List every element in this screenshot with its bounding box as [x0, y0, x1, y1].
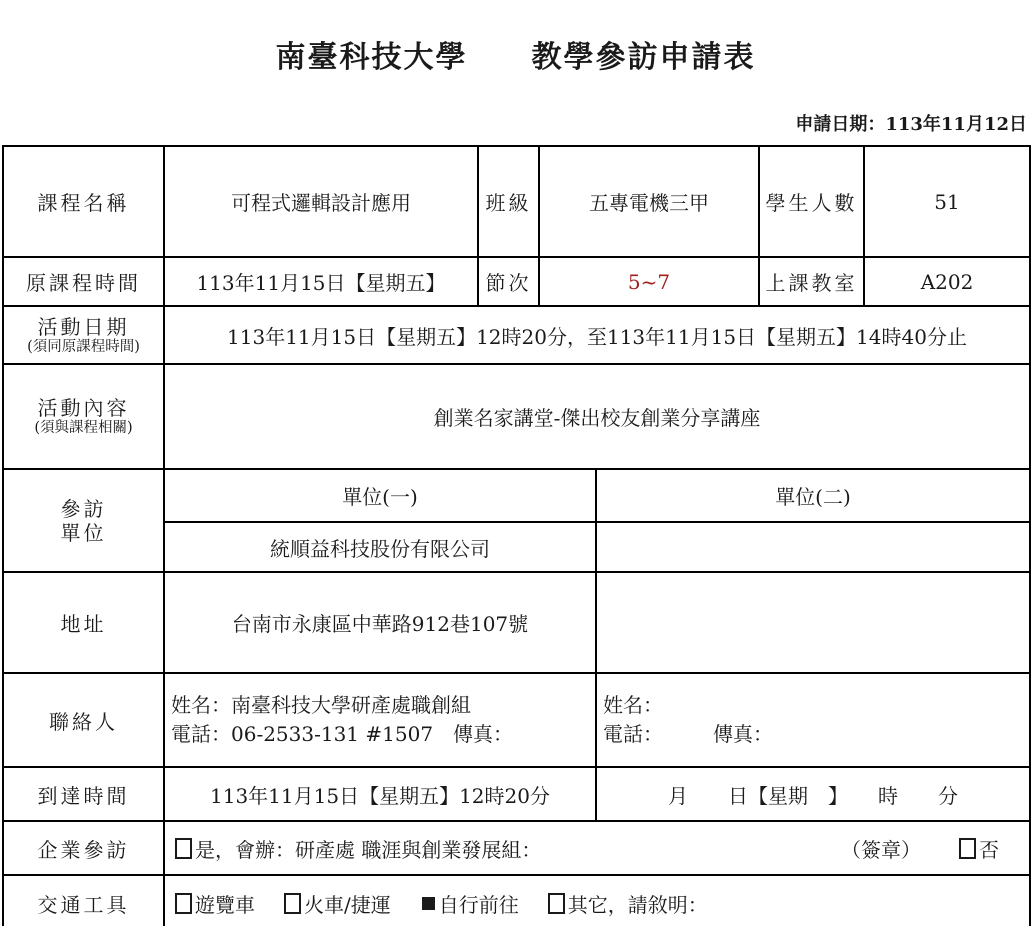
- contact-unit2-cell: 姓名： 電話： 傳真：: [596, 673, 1030, 767]
- transport-cell: 遊覽車 火車/捷運 自行前往 其它，請敘明：: [164, 875, 1030, 926]
- class-value: 五專電機三甲: [539, 146, 759, 257]
- course-name-label: 課程名稱: [3, 146, 164, 257]
- arrival-time-label: 到達時間: [3, 767, 164, 821]
- table-row: 課程名稱 可程式邏輯設計應用 班級 五專電機三甲 學生人數 51: [3, 146, 1030, 257]
- transport-other-checkbox[interactable]: [548, 893, 565, 914]
- activity-content-label-text: 活動內容: [6, 396, 161, 420]
- activity-date-label-text: 活動日期: [6, 315, 161, 339]
- table-row: 活動日期 (須同原課程時間) 113年11月15日【星期五】12時20分，至11…: [3, 306, 1030, 364]
- arrival-unit1-value: 113年11月15日【星期五】12時20分: [164, 767, 596, 821]
- arrival-unit2-value: 月 日【星期 】 時 分: [596, 767, 1030, 821]
- contact-label: 聯絡人: [3, 673, 164, 767]
- class-label: 班級: [478, 146, 539, 257]
- original-time-value: 113年11月15日【星期五】: [164, 257, 478, 306]
- transport-other-label: 其它，請敘明：: [568, 889, 708, 918]
- company-visit-cell: 是，會辦：研產處 職涯與創業發展組： （簽章） 否: [164, 821, 1030, 875]
- company-visit-yes-label: 是，會辦：研產處 職涯與創業發展組：: [195, 834, 541, 863]
- activity-content-note: (須與課程相關): [6, 420, 161, 437]
- visit-unit-label: 參訪 單位: [3, 469, 164, 572]
- table-row: 企業參訪 是，會辦：研產處 職涯與創業發展組： （簽章） 否: [3, 821, 1030, 875]
- classroom-label: 上課教室: [759, 257, 864, 306]
- activity-content-value: 創業名家講堂-傑出校友創業分享講座: [164, 364, 1030, 469]
- course-name-value: 可程式邏輯設計應用: [164, 146, 478, 257]
- company-visit-yes-checkbox[interactable]: [175, 838, 192, 859]
- company-visit-no-label: 否: [979, 834, 999, 863]
- table-row: 聯絡人 姓名：南臺科技大學研產處職創組 電話：06-2533-131 #1507…: [3, 673, 1030, 767]
- address-unit2-value: [596, 572, 1030, 673]
- application-form-table: 課程名稱 可程式邏輯設計應用 班級 五專電機三甲 學生人數 51 原課程時間 1…: [2, 145, 1031, 926]
- address-unit1-value: 台南市永康區中華路912巷107號: [164, 572, 596, 673]
- contact-unit1-phone: 電話：06-2533-131 #1507 傳真：: [171, 718, 513, 747]
- contact-unit2-name: 姓名：: [603, 689, 663, 718]
- transport-bus-label: 遊覽車: [195, 889, 255, 918]
- table-row: 交通工具 遊覽車 火車/捷運 自行前往 其它，請敘明：: [3, 875, 1030, 926]
- unit1-value: 統順益科技股份有限公司: [164, 522, 596, 572]
- table-row: 參訪 單位 單位(一) 單位(二): [3, 469, 1030, 522]
- contact-unit2-phone: 電話： 傳真：: [603, 718, 773, 747]
- activity-date-value: 113年11月15日【星期五】12時20分，至113年11月15日【星期五】14…: [164, 306, 1030, 364]
- transport-label: 交通工具: [3, 875, 164, 926]
- activity-date-note: (須同原課程時間): [6, 339, 161, 356]
- contact-unit1-name: 姓名：南臺科技大學研產處職創組: [171, 689, 471, 718]
- table-row: 原課程時間 113年11月15日【星期五】 節次 5~7 上課教室 A202: [3, 257, 1030, 306]
- page-title: 南臺科技大學 教學參訪申請表: [0, 32, 1031, 76]
- table-row: 活動內容 (須與課程相關) 創業名家講堂-傑出校友創業分享講座: [3, 364, 1030, 469]
- student-count-value: 51: [864, 146, 1030, 257]
- transport-bus-checkbox[interactable]: [175, 893, 192, 914]
- transport-self-checkbox[interactable]: [422, 897, 435, 910]
- unit1-header: 單位(一): [164, 469, 596, 522]
- classroom-value: A202: [864, 257, 1030, 306]
- visit-unit-label-line1: 參訪: [6, 497, 161, 521]
- unit2-value: [596, 522, 1030, 572]
- contact-unit1-cell: 姓名：南臺科技大學研產處職創組 電話：06-2533-131 #1507 傳真：: [164, 673, 596, 767]
- address-label: 地址: [3, 572, 164, 673]
- activity-date-label: 活動日期 (須同原課程時間): [3, 306, 164, 364]
- transport-train-label: 火車/捷運: [304, 889, 391, 918]
- application-date: 申請日期：113年11月12日: [0, 110, 1031, 136]
- student-count-label: 學生人數: [759, 146, 864, 257]
- company-visit-no-checkbox[interactable]: [959, 838, 976, 859]
- seal-label: （簽章）: [841, 834, 921, 863]
- activity-content-label: 活動內容 (須與課程相關): [3, 364, 164, 469]
- table-row: 地址 台南市永康區中華路912巷107號: [3, 572, 1030, 673]
- table-row: 到達時間 113年11月15日【星期五】12時20分 月 日【星期 】 時 分: [3, 767, 1030, 821]
- transport-train-checkbox[interactable]: [284, 893, 301, 914]
- period-value: 5~7: [539, 257, 759, 306]
- transport-self-label: 自行前往: [439, 889, 519, 918]
- unit2-header: 單位(二): [596, 469, 1030, 522]
- period-label: 節次: [478, 257, 539, 306]
- visit-unit-label-line2: 單位: [6, 521, 161, 545]
- original-time-label: 原課程時間: [3, 257, 164, 306]
- company-visit-label: 企業參訪: [3, 821, 164, 875]
